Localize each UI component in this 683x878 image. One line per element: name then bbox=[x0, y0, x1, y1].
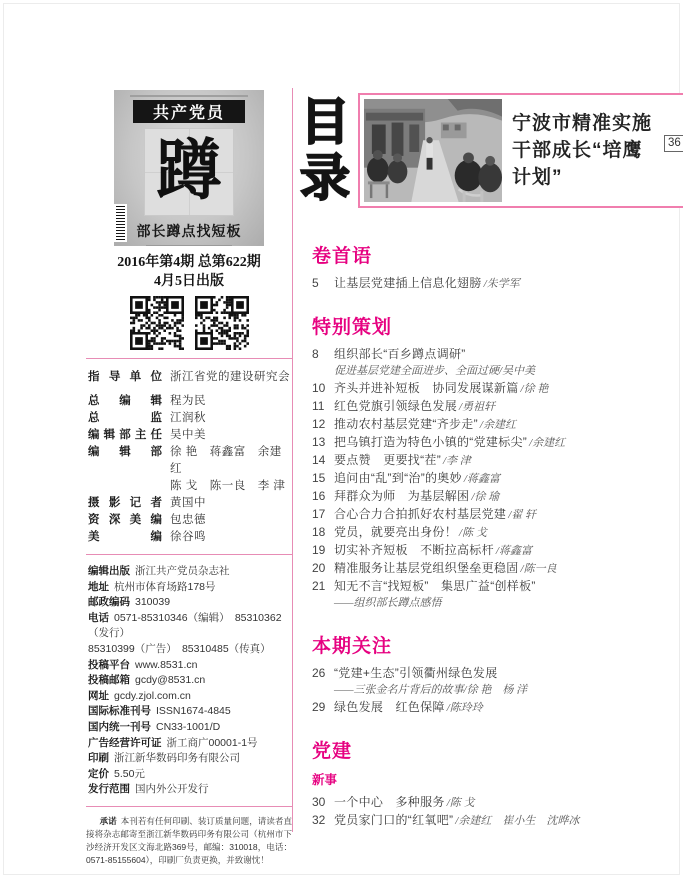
publishing-value: 5.50元 bbox=[114, 768, 145, 780]
cover-top-strip bbox=[130, 95, 248, 97]
toc-item-page: 15 bbox=[312, 470, 334, 487]
publishing-row: 广告经营许可证浙工商广00001-1号 bbox=[88, 736, 292, 752]
toc-item-authors: /陈一良 bbox=[521, 563, 557, 575]
toc-item: 5让基层党建插上信息化翅膀/朱学军 bbox=[312, 275, 648, 293]
featured-headline-line: 宁波市精准实施 bbox=[512, 110, 664, 137]
featured-headline-line: 计划” bbox=[512, 164, 664, 191]
section-title: 特别策划 bbox=[312, 317, 648, 339]
masthead-value: 程为民 bbox=[170, 393, 206, 410]
publishing-value: ISSN1674-4845 bbox=[156, 705, 231, 717]
publishing-row: 投稿平台www.8531.cn bbox=[88, 658, 292, 674]
toc-item-page: 11 bbox=[312, 398, 334, 415]
publishing-label: 投稿邮箱 bbox=[88, 674, 130, 686]
publishing-value: 浙江共产党员杂志社 bbox=[135, 565, 230, 577]
toc-item: 19切实补齐短板 不断拉高标杆/蒋鑫富 bbox=[312, 542, 648, 560]
publishing-label: 国际标准刊号 bbox=[88, 705, 151, 717]
toc-item-title: 齐头并进补短板 协同发展谋新篇 bbox=[334, 381, 519, 395]
featured-headline-line: 干部成长“培鹰 bbox=[512, 137, 664, 164]
toc-item-authors: /朱学军 bbox=[484, 278, 520, 290]
toc-item-subtitle: ——三张金名片背后的故事/徐 艳 杨 洋 bbox=[312, 682, 648, 699]
cover-subtext-lines bbox=[114, 245, 264, 246]
cover-barcode bbox=[116, 206, 125, 240]
toc-item-authors: /陈 戈 bbox=[447, 797, 475, 809]
toc-item-title: 知无不言“找短板” 集思广益“创样板” bbox=[334, 579, 536, 593]
toc-section: 党建新事30一个中心 多种服务/陈 戈32党员家门口的“红氧吧”/余建红 崔小生… bbox=[312, 741, 648, 830]
publishing-value: 浙工商广00001-1号 bbox=[167, 737, 258, 749]
toc-item: 30一个中心 多种服务/陈 戈 bbox=[312, 794, 648, 812]
toc-item: 26“党建+生态”引领衢州绿色发展 bbox=[312, 665, 648, 682]
publishing-label: 地址 bbox=[88, 581, 109, 593]
masthead-label: 总监 bbox=[88, 410, 162, 427]
toc-item-page: 20 bbox=[312, 560, 334, 577]
publishing-row: 电话0571-85310346（编辑） 85310362（发行） bbox=[88, 611, 292, 642]
toc-item-title: 切实补齐短板 不断拉高标杆 bbox=[334, 543, 494, 557]
masthead-row: 总编辑程为民 bbox=[88, 393, 292, 410]
toc-item: 8组织部长“百乡蹲点调研” bbox=[312, 346, 648, 363]
masthead-row: 美编徐谷鸣 bbox=[88, 529, 292, 546]
toc-item-authors: /陈玲玲 bbox=[447, 702, 483, 714]
publishing-value: 310039 bbox=[135, 596, 170, 608]
toc-item-title: 合心合力合拍抓好农村基层党建 bbox=[334, 507, 506, 521]
issue-number: 2016年第4期 总第622期 bbox=[86, 253, 292, 272]
cover-art-panel: 蹲 bbox=[144, 128, 234, 216]
toc-section: 特别策划8组织部长“百乡蹲点调研”促进基层党建全面进步、全面过硬/吴中美10齐头… bbox=[312, 317, 648, 612]
toc-item-title: 把乌镇打造为特色小镇的“党建标尖” bbox=[334, 435, 527, 449]
publishing-value: 杭州市体育场路178号 bbox=[114, 581, 216, 593]
publishing-label: 发行范围 bbox=[88, 783, 130, 795]
masthead-value: 徐 艳 蒋鑫富 余建红 bbox=[170, 444, 292, 478]
toc-item-authors: /余建红 崔小生 沈晔冰 bbox=[455, 815, 579, 827]
section-title: 卷首语 bbox=[312, 246, 648, 268]
publishing-row: 发行范围国内外公开发行 bbox=[88, 782, 292, 798]
publishing-row: 国内统一刊号CN33-1001/D bbox=[88, 720, 292, 736]
masthead-label: 指导单位 bbox=[88, 369, 162, 386]
publishing-label: 国内统一刊号 bbox=[88, 721, 151, 733]
publishing-row: 国际标准刊号ISSN1674-4845 bbox=[88, 704, 292, 720]
toc-item-page: 26 bbox=[312, 665, 334, 682]
masthead-row: 总监江润秋 bbox=[88, 410, 292, 427]
toc-title-char-2: 录 bbox=[300, 150, 350, 206]
toc-item-authors: /徐 瑜 bbox=[471, 491, 499, 503]
toc-item-title: 拜群众为师 为基层解困 bbox=[334, 489, 469, 503]
toc-item: 32党员家门口的“红氧吧”/余建红 崔小生 沈晔冰 bbox=[312, 812, 648, 830]
toc-item-title: 精准服务让基层党组织堡垒更稳固 bbox=[334, 561, 519, 575]
publishing-row: 网址gcdy.zjol.com.cn bbox=[88, 689, 292, 705]
masthead-value: 吴中美 bbox=[170, 427, 206, 444]
toc-item: 16拜群众为师 为基层解困/徐 瑜 bbox=[312, 488, 648, 506]
masthead-label: 美编 bbox=[88, 529, 162, 546]
magazine-toc-page: 共产党员 蹲 部长蹲点找短板 2016年第4期 总第622期 4月5日出版 指导… bbox=[0, 0, 683, 878]
toc-sections: 卷首语5让基层党建插上信息化翅膀/朱学军特别策划8组织部长“百乡蹲点调研”促进基… bbox=[312, 246, 648, 830]
masthead-value: 浙江省党的建设研究会 bbox=[170, 369, 290, 386]
toc-item-title: “党建+生态”引领衢州绿色发展 bbox=[334, 666, 498, 680]
toc-item-title: 要点赞 更要找“茬” bbox=[334, 453, 441, 467]
issue-info: 2016年第4期 总第622期 4月5日出版 bbox=[86, 253, 292, 291]
toc-item-authors: /陈 戈 bbox=[459, 527, 487, 539]
publishing-row: 投稿邮箱gcdy@8531.cn bbox=[88, 673, 292, 689]
cover-big-character: 蹲 bbox=[156, 139, 222, 205]
publishing-label: 广告经营许可证 bbox=[88, 737, 162, 749]
masthead-label: 资深美编 bbox=[88, 512, 162, 529]
toc-item-title: 推动农村基层党建“齐步走” bbox=[334, 417, 478, 431]
toc-item: 10齐头并进补短板 协同发展谋新篇/徐 艳 bbox=[312, 380, 648, 398]
masthead-row: 编辑部徐 艳 蒋鑫富 余建红 bbox=[88, 444, 292, 478]
publishing-row: 邮政编码310039 bbox=[88, 595, 292, 611]
column-divider bbox=[292, 88, 293, 832]
section-title: 本期关注 bbox=[312, 636, 648, 658]
toc-item-title: 一个中心 多种服务 bbox=[334, 795, 445, 809]
masthead-value: 陈 戈 陈一良 李 津 bbox=[170, 478, 285, 495]
masthead-row: 指导单位浙江省党的建设研究会 bbox=[88, 369, 292, 386]
toc-item-authors: /李 津 bbox=[443, 455, 471, 467]
toc-item-page: 8 bbox=[312, 346, 334, 363]
publishing-label: 编辑出版 bbox=[88, 565, 130, 577]
divider-line bbox=[86, 806, 292, 807]
masthead-rows: 指导单位浙江省党的建设研究会总编辑程为民总监江润秋编辑部主任吴中美编辑部徐 艳 … bbox=[86, 367, 292, 546]
publish-date: 4月5日出版 bbox=[86, 272, 292, 291]
masthead-row: 陈 戈 陈一良 李 津 bbox=[88, 478, 292, 495]
toc-item: 13把乌镇打造为特色小镇的“党建标尖”/余建红 bbox=[312, 434, 648, 452]
publishing-label: 网址 bbox=[88, 690, 109, 702]
publishing-value: gcdy@8531.cn bbox=[135, 674, 205, 686]
publishing-label: 邮政编码 bbox=[88, 596, 130, 608]
toc-item-page: 16 bbox=[312, 488, 334, 505]
masthead-value: 黄国中 bbox=[170, 495, 206, 512]
cover-tagline: 部长蹲点找短板 bbox=[114, 221, 264, 241]
publishing-value: CN33-1001/D bbox=[156, 721, 220, 733]
toc-item-title: 让基层党建插上信息化翅膀 bbox=[334, 276, 482, 290]
toc-item-page: 32 bbox=[312, 812, 334, 829]
toc-item-subtitle: 促进基层党建全面进步、全面过硬/吴中美 bbox=[312, 363, 648, 380]
quality-note: 承诺本刊若有任何印刷、装订质量问题，请读者直接将杂志邮寄至浙江新华数码印务有限公… bbox=[86, 815, 292, 867]
masthead-row: 资深美编包忠德 bbox=[88, 512, 292, 529]
publishing-row: 印刷浙江新华数码印务有限公司 bbox=[88, 751, 292, 767]
publishing-label: 电话 bbox=[88, 612, 109, 624]
masthead-label bbox=[88, 478, 162, 495]
publishing-row: 85310399（广告） 85310485（传真） bbox=[88, 642, 292, 658]
toc-item-subtitle: ——组织部长蹲点感悟 bbox=[312, 595, 648, 612]
section-title: 党建 bbox=[312, 741, 648, 763]
toc-item-page: 13 bbox=[312, 434, 334, 451]
featured-article-box: 宁波市精准实施 干部成长“培鹰 计划” 36 bbox=[358, 93, 683, 208]
toc-item-authors: /蒋鑫富 bbox=[464, 473, 500, 485]
toc-item-page: 21 bbox=[312, 578, 334, 595]
toc-item: 14要点赞 更要找“茬”/李 津 bbox=[312, 452, 648, 470]
magazine-cover: 共产党员 蹲 部长蹲点找短板 bbox=[114, 90, 264, 246]
note-label: 承诺 bbox=[100, 816, 117, 826]
toc-item-page: 12 bbox=[312, 416, 334, 433]
divider-line bbox=[86, 358, 292, 359]
publishing-value: 0571-85310346（编辑） 85310362（发行） bbox=[88, 612, 282, 640]
toc-item: 29绿色发展 红色保障/陈玲玲 bbox=[312, 699, 648, 717]
featured-headline: 宁波市精准实施 干部成长“培鹰 计划” bbox=[512, 110, 664, 191]
publishing-value: gcdy.zjol.com.cn bbox=[114, 690, 191, 702]
toc-item-page: 19 bbox=[312, 542, 334, 559]
toc-item: 21知无不言“找短板” 集思广益“创样板” bbox=[312, 578, 648, 595]
toc-item-page: 30 bbox=[312, 794, 334, 811]
toc-item-page: 14 bbox=[312, 452, 334, 469]
publishing-row: 定价5.50元 bbox=[88, 767, 292, 783]
toc-item-authors: /徐 艳 bbox=[521, 383, 549, 395]
toc-section: 本期关注26“党建+生态”引领衢州绿色发展——三张金名片背后的故事/徐 艳 杨 … bbox=[312, 636, 648, 717]
toc-item: 12推动农村基层党建“齐步走”/余建红 bbox=[312, 416, 648, 434]
masthead-row: 编辑部主任吴中美 bbox=[88, 427, 292, 444]
toc-item-authors: /余建红 bbox=[480, 419, 516, 431]
qr-code-left bbox=[130, 296, 184, 350]
publishing-row: 编辑出版浙江共产党员杂志社 bbox=[88, 564, 292, 580]
masthead-value: 徐谷鸣 bbox=[170, 529, 206, 546]
toc-title-char-1: 目 bbox=[300, 94, 350, 150]
cover-masthead-text: 共产党员 bbox=[153, 100, 225, 123]
toc-item-title: 党员家门口的“红氧吧” bbox=[334, 813, 453, 827]
featured-page-number: 36 bbox=[664, 135, 683, 152]
publishing-rows: 编辑出版浙江共产党员杂志社地址杭州市体育场路178号邮政编码310039电话05… bbox=[86, 563, 292, 798]
toc-item-authors: /勇祖轩 bbox=[459, 401, 495, 413]
toc-item-page: 29 bbox=[312, 699, 334, 716]
toc-title: 目 录 bbox=[300, 94, 350, 206]
toc-item-authors: /蒋鑫富 bbox=[496, 545, 532, 557]
publishing-value: 国内外公开发行 bbox=[135, 783, 209, 795]
toc-item-title: 绿色发展 红色保障 bbox=[334, 700, 445, 714]
toc-item-title: 党员，就要亮出身份！ bbox=[334, 525, 457, 539]
masthead-value: 包忠德 bbox=[170, 512, 206, 529]
toc-item: 11红色党旗引领绿色发展/勇祖轩 bbox=[312, 398, 648, 416]
featured-photo bbox=[364, 99, 502, 202]
left-column: 共产党员 蹲 部长蹲点找短板 2016年第4期 总第622期 4月5日出版 指导… bbox=[86, 90, 292, 867]
qr-codes bbox=[86, 296, 292, 350]
toc-item-title: 组织部长“百乡蹲点调研” bbox=[334, 347, 466, 361]
publishing-value: 浙江新华数码印务有限公司 bbox=[114, 752, 240, 764]
toc-item-page: 17 bbox=[312, 506, 334, 523]
masthead-label: 总编辑 bbox=[88, 393, 162, 410]
toc-item-title: 追问由“乱”到“治”的奥妙 bbox=[334, 471, 462, 485]
publishing-value: 85310399（广告） 85310485（传真） bbox=[88, 643, 271, 655]
toc-item: 17合心合力合拍抓好农村基层党建/翟 轩 bbox=[312, 506, 648, 524]
publishing-label: 定价 bbox=[88, 768, 109, 780]
toc-item-page: 18 bbox=[312, 524, 334, 541]
section-subheader: 新事 bbox=[312, 770, 648, 788]
publishing-label: 投稿平台 bbox=[88, 659, 130, 671]
toc-item-authors: /翟 轩 bbox=[508, 509, 536, 521]
toc-item-page: 5 bbox=[312, 275, 334, 292]
toc-item: 18党员，就要亮出身份！/陈 戈 bbox=[312, 524, 648, 542]
publishing-value: www.8531.cn bbox=[135, 659, 197, 671]
qr-code-right bbox=[195, 296, 249, 350]
toc-item: 20精准服务让基层党组织堡垒更稳固/陈一良 bbox=[312, 560, 648, 578]
publishing-label: 印刷 bbox=[88, 752, 109, 764]
toc-item-authors: /余建红 bbox=[529, 437, 565, 449]
toc-item-title: 红色党旗引领绿色发展 bbox=[334, 399, 457, 413]
toc-item-page: 10 bbox=[312, 380, 334, 397]
publishing-row: 地址杭州市体育场路178号 bbox=[88, 580, 292, 596]
masthead-label: 编辑部主任 bbox=[88, 427, 162, 444]
toc-section: 卷首语5让基层党建插上信息化翅膀/朱学军 bbox=[312, 246, 648, 293]
cover-masthead: 共产党员 bbox=[133, 100, 245, 123]
masthead-value: 江润秋 bbox=[170, 410, 206, 427]
divider-line bbox=[86, 554, 292, 555]
masthead-row: 摄影记者黄国中 bbox=[88, 495, 292, 512]
masthead-label: 摄影记者 bbox=[88, 495, 162, 512]
toc-item: 15追问由“乱”到“治”的奥妙/蒋鑫富 bbox=[312, 470, 648, 488]
masthead-label: 编辑部 bbox=[88, 444, 162, 478]
